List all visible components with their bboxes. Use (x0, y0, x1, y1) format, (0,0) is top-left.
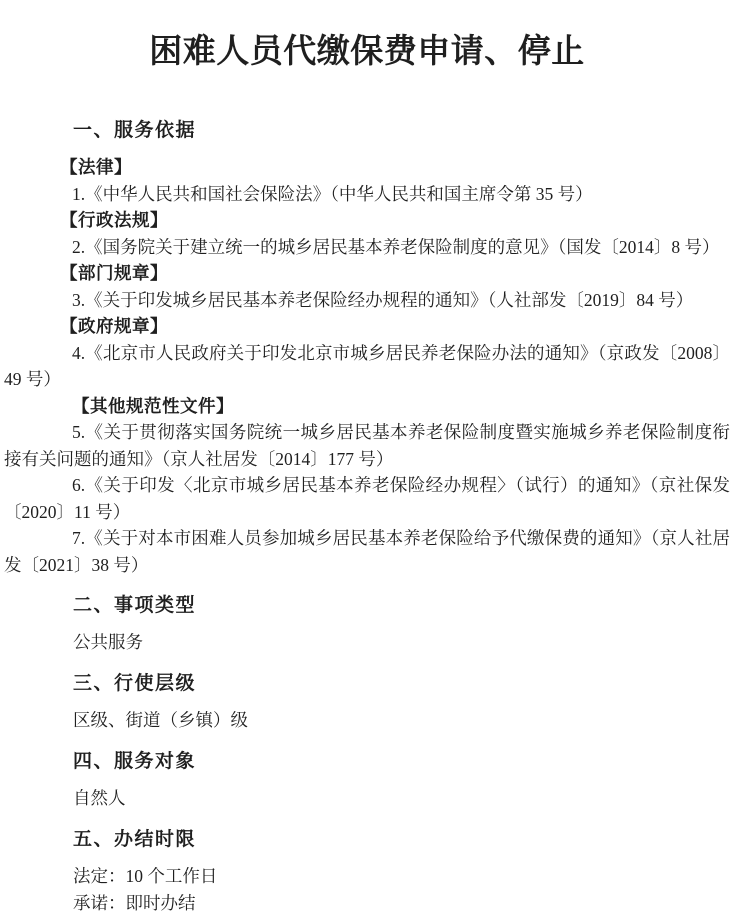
legal-item-1: 1.《中华人民共和国社会保险法》（中华人民共和国主席令第 35 号） (4, 181, 730, 208)
section-heading-exercise-level: 三、行使层级 (73, 673, 730, 695)
category-label-government-rules: 【政府规章】 (60, 313, 730, 340)
legal-item-2: 2.《国务院关于建立统一的城乡居民基本养老保险制度的意见》（国发〔2014〕8 … (4, 234, 730, 261)
legal-item-3: 3.《关于印发城乡居民基本养老保险经办规程的通知》（人社部发〔2019〕84 号… (4, 287, 730, 314)
value-exercise-level: 区级、街道（乡镇）级 (73, 707, 730, 734)
value-statutory-limit: 法定：10 个工作日 (73, 863, 730, 890)
section-heading-service-target: 四、服务对象 (73, 751, 730, 773)
value-item-type: 公共服务 (73, 629, 730, 656)
legal-item-6: 6.《关于印发〈北京市城乡居民基本养老保险经办规程〉（试行）的通知》（京社保发〔… (4, 472, 730, 525)
section-heading-item-type: 二、事项类型 (73, 595, 730, 617)
legal-item-7: 7.《关于对本市困难人员参加城乡居民基本养老保险给予代缴保费的通知》（京人社居发… (4, 525, 730, 578)
page-title: 困难人员代缴保费申请、停止 (4, 0, 730, 74)
value-service-target: 自然人 (73, 785, 730, 812)
category-label-administrative-regulations: 【行政法规】 (60, 207, 730, 234)
value-promised-limit: 承诺：即时办结 (73, 890, 730, 917)
category-label-department-rules: 【部门规章】 (60, 260, 730, 287)
category-label-other-normative-documents: 【其他规范性文件】 (72, 393, 730, 420)
section-heading-service-basis: 一、服务依据 (73, 120, 730, 142)
document-page: 困难人员代缴保费申请、停止 一、服务依据 【法律】 1.《中华人民共和国社会保险… (0, 0, 734, 917)
section-heading-completion-time-limit: 五、办结时限 (73, 829, 730, 851)
legal-item-5: 5.《关于贯彻落实国务院统一城乡居民基本养老保险制度暨实施城乡养老保险制度衔接有… (4, 419, 730, 472)
category-label-law: 【法律】 (60, 154, 730, 181)
legal-item-4: 4.《北京市人民政府关于印发北京市城乡居民养老保险办法的通知》（京政发〔2008… (4, 340, 730, 393)
